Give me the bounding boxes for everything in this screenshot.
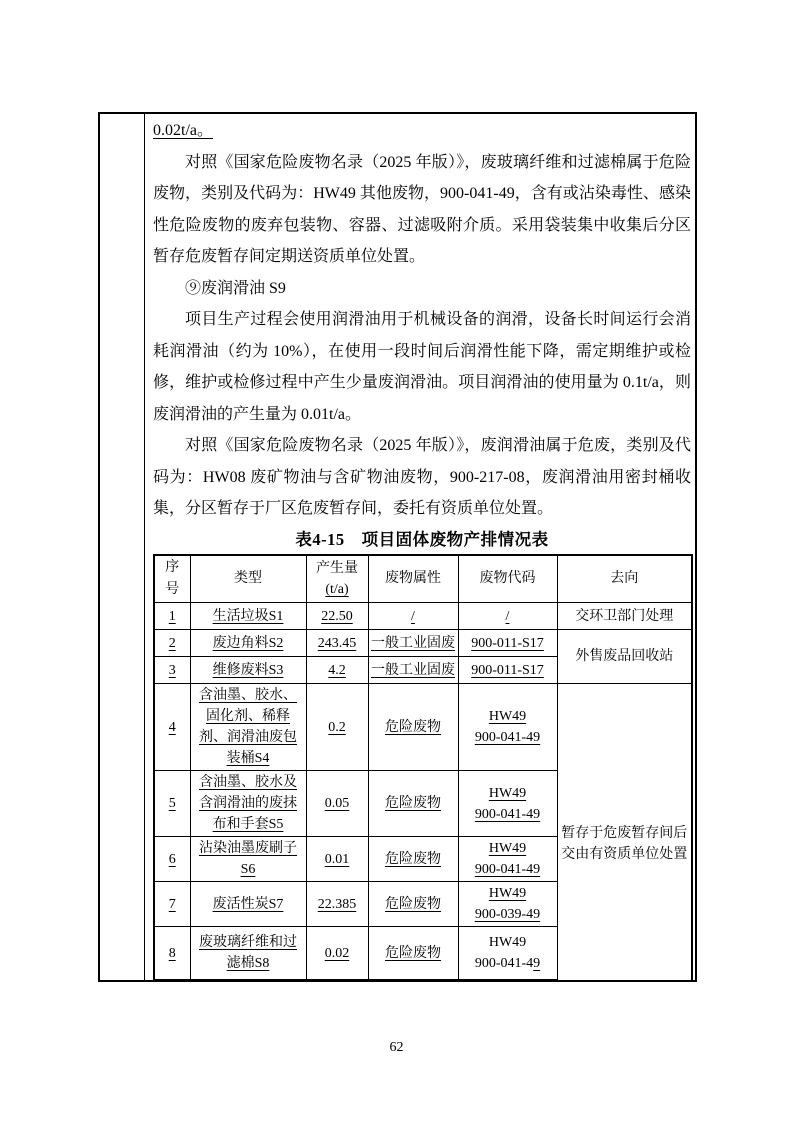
cell-seq: 1 (154, 603, 190, 630)
cell-code: HW49900-041-49 (458, 684, 557, 771)
cell-type: 废润滑油 (190, 980, 306, 981)
table-row: 1 生活垃圾S1 22.50 / / 交环卫部门处理 (154, 603, 692, 630)
header-attr: 废物属性 (368, 555, 458, 603)
cell-code: HW49900-041-49 (458, 837, 557, 882)
cell-seq: 3 (154, 657, 190, 684)
cell-type: 沾染油墨废刷子S6 (190, 837, 306, 882)
content-area: 0.02t/a。 对照《国家危险废物名录（2025 年版）》，废玻璃纤维和过滤棉… (145, 114, 695, 980)
paragraph: 对照《国家危险废物名录（2025 年版）》，废玻璃纤维和过滤棉属于危险废物，类别… (153, 147, 691, 273)
report-form-cell: 0.02t/a。 对照《国家危险废物名录（2025 年版）》，废玻璃纤维和过滤棉… (98, 112, 697, 982)
header-dest: 去向 (557, 555, 692, 603)
cell-dest-merged: 外售废品回收站 (557, 630, 692, 684)
cell-attr: / (368, 603, 458, 630)
cell-type: 废边角料S2 (190, 630, 306, 657)
cell-attr: 危险废物 (368, 837, 458, 882)
cell-attr: 危险废物 (368, 980, 458, 981)
cell-attr: 危险废物 (368, 927, 458, 980)
cell-code: HW49900-039-49 (458, 882, 557, 927)
header-code: 废物代码 (458, 555, 557, 603)
cell-qty: 0.01 (306, 980, 368, 981)
cell-dest: 交环卫部门处理 (557, 603, 692, 630)
form-left-column (100, 114, 145, 980)
header-type: 类型 (190, 555, 306, 603)
page-number: 62 (0, 1040, 793, 1056)
cell-qty: 22.50 (306, 603, 368, 630)
header-qty: 产生量(t/a) (306, 555, 368, 603)
table-row: 2 废边角料S2 243.45 一般工业固废 900-011-S17 外售废品回… (154, 630, 692, 657)
cell-code: 900-011-S17 (458, 657, 557, 684)
cell-code: HW49900-041-49 (458, 927, 557, 980)
cell-attr: 一般工业固废 (368, 657, 458, 684)
paragraph: ⑨废润滑油 S9 (153, 273, 691, 305)
cell-seq: 5 (154, 771, 190, 837)
cell-attr: 危险废物 (368, 771, 458, 837)
cell-qty: 4.2 (306, 657, 368, 684)
cell-seq: 8 (154, 927, 190, 980)
cell-code: HW49900-041-49 (458, 771, 557, 837)
cell-dest-merged: 暂存于危废暂存间后交由有资质单位处置 (557, 684, 692, 981)
cell-seq: 6 (154, 837, 190, 882)
cell-type: 生活垃圾S1 (190, 603, 306, 630)
cell-type: 含油墨、胶水、固化剂、稀释剂、润滑油废包装桶S4 (190, 684, 306, 771)
paragraph: 项目生产过程会使用润滑油用于机械设备的润滑，设备长时间运行会消耗润滑油（约为 1… (153, 304, 691, 430)
cell-qty: 0.05 (306, 771, 368, 837)
cell-code: 900-011-S17 (458, 630, 557, 657)
cell-seq: 4 (154, 684, 190, 771)
cell-type: 含油墨、胶水及含润滑油的废抹布和手套S5 (190, 771, 306, 837)
cell-qty: 0.2 (306, 684, 368, 771)
cell-seq: 7 (154, 882, 190, 927)
table-row: 4 含油墨、胶水、固化剂、稀释剂、润滑油废包装桶S4 0.2 危险废物 HW49… (154, 684, 692, 771)
cell-qty: 0.02 (306, 927, 368, 980)
cell-type: 废玻璃纤维和过滤棉S8 (190, 927, 306, 980)
cell-qty: 243.45 (306, 630, 368, 657)
header-seq: 序号 (154, 555, 190, 603)
cell-seq: 2 (154, 630, 190, 657)
cell-attr: 危险废物 (368, 684, 458, 771)
cell-attr: 一般工业固废 (368, 630, 458, 657)
cell-code: / (458, 603, 557, 630)
cell-qty: 22.385 (306, 882, 368, 927)
cell-attr: 危险废物 (368, 882, 458, 927)
table-header-row: 序号 类型 产生量(t/a) 废物属性 废物代码 去向 (154, 555, 692, 603)
cell-type: 维修废料S3 (190, 657, 306, 684)
paragraph: 对照《国家危险废物名录（2025 年版）》，废润滑油属于危废，类别及代码为：HW… (153, 430, 691, 525)
cell-qty: 0.01 (306, 837, 368, 882)
solid-waste-table: 序号 类型 产生量(t/a) 废物属性 废物代码 去向 1 生活垃圾S1 22.… (153, 554, 693, 981)
document-page: 0.02t/a。 对照《国家危险废物名录（2025 年版）》，废玻璃纤维和过滤棉… (0, 0, 793, 1122)
table-title: 表4-15 项目固体废物产排情况表 (153, 526, 691, 554)
cell-type: 废活性炭S7 (190, 882, 306, 927)
paragraph-carryover: 0.02t/a。 (153, 115, 691, 147)
cell-code: HW08 (458, 980, 557, 981)
cell-seq: 9 (154, 980, 190, 981)
carryover-text: 0.02t/a。 (153, 122, 213, 139)
